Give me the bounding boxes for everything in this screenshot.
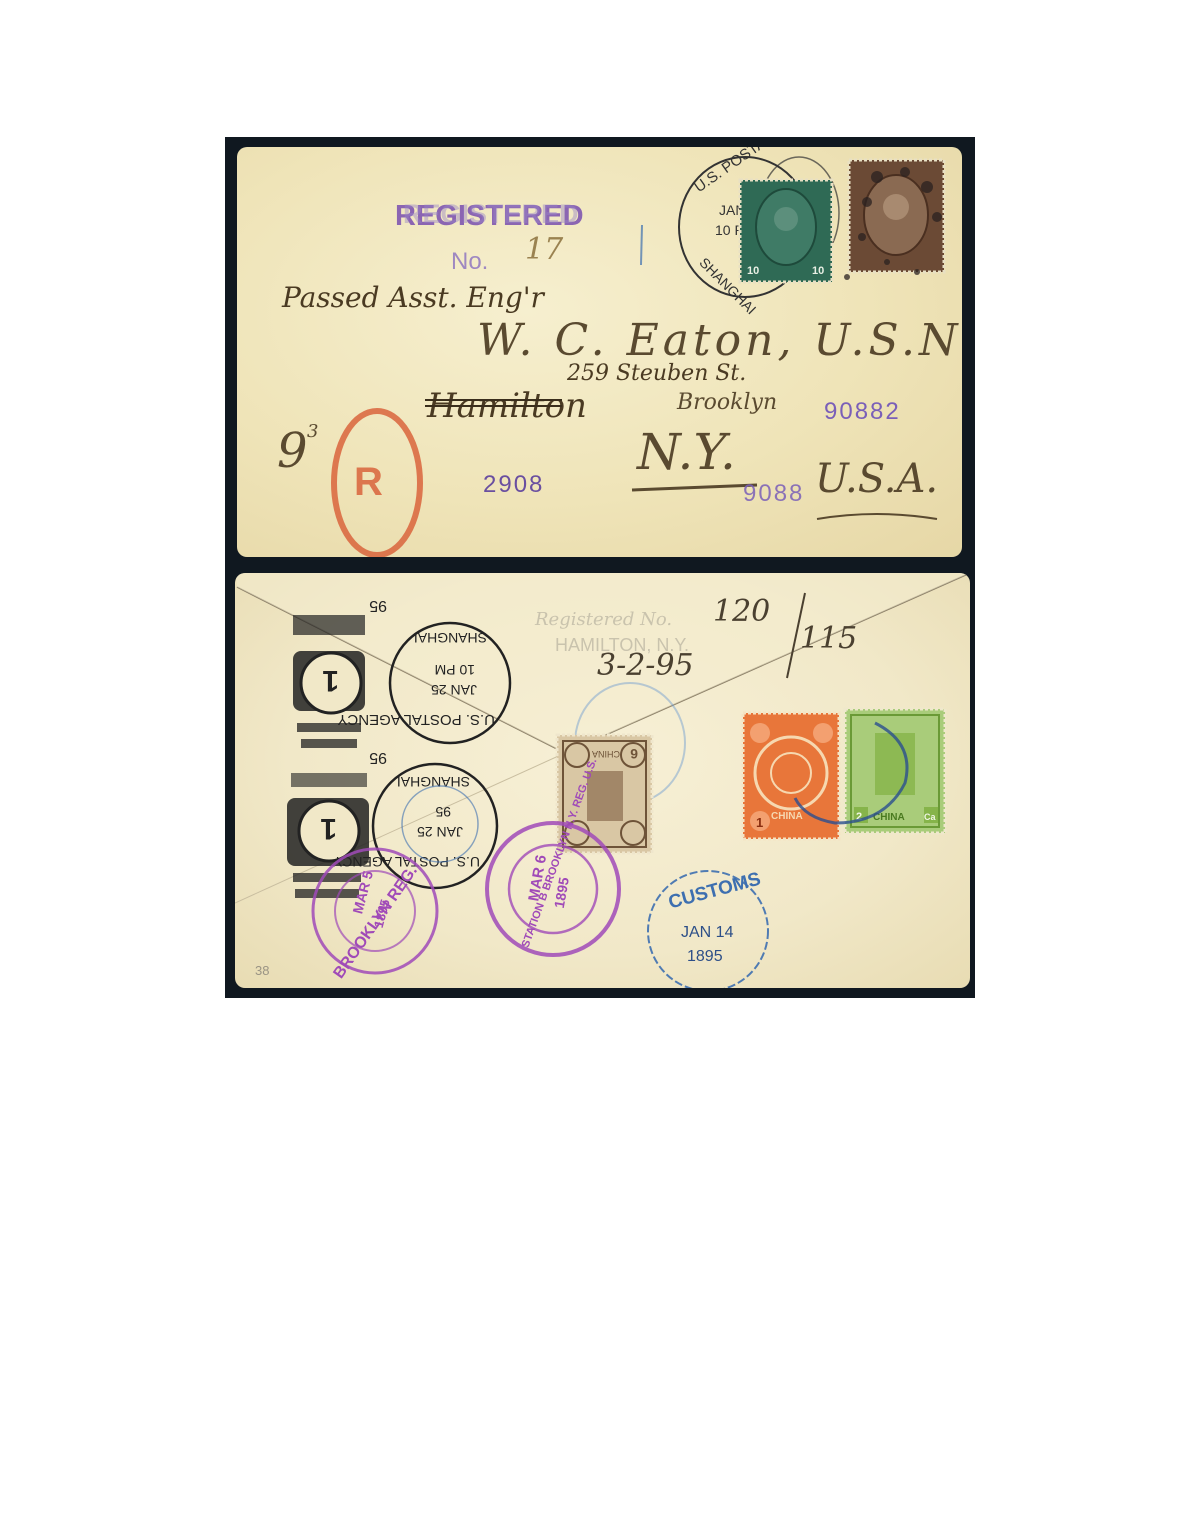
customs-postmark-text: CUSTOMS [666, 869, 763, 914]
registered-handstamp-ghost: REGISTERED [403, 199, 579, 229]
stamp-2ca-unit: Ca [924, 812, 936, 822]
envelope-back-markings: Registered No. HAMILTON, N.Y. 120 115 3-… [235, 573, 970, 988]
cover-scan-frame: U.S. POSTAL AGENCY SHANGHAI JAN 10 PM 10… [225, 137, 975, 998]
registration-r-oval: R [334, 411, 420, 555]
faint-return-address-line1: Registered No. [534, 609, 672, 630]
registration-number-label: No. [451, 248, 488, 275]
address-street: 259 Steuben St. [566, 361, 746, 386]
addressee-title: Passed Asst. Eng'r [281, 281, 546, 314]
docket-date: 3-2-95 [597, 648, 694, 683]
customs-postmark-year: 1895 [687, 948, 723, 965]
stamp-6ca-denomination: 6 [630, 746, 638, 762]
address-state: N.Y. [636, 423, 736, 481]
crossed-out-city: Hamilton [425, 386, 587, 426]
us-stamp-5c [844, 160, 944, 280]
reg-number-90882: 90882 [824, 398, 901, 425]
addressee-name: W. C. Eaton, U.S.N. [477, 315, 962, 366]
transit-mark-2-year: 95 [369, 749, 387, 766]
envelope-back: Registered No. HAMILTON, N.Y. 120 115 3-… [235, 573, 970, 988]
docket-fraction-bottom: 115 [800, 621, 857, 656]
reg-number-9088: 9088 [743, 480, 804, 507]
transit-mark-2-numeral: 1 [320, 812, 337, 845]
postmark-1-date: JAN 25 [431, 682, 477, 698]
envelope-front-markings: U.S. POSTAL AGENCY SHANGHAI JAN 10 PM 10… [237, 147, 962, 557]
brooklyn-postmark-year: 1895 [371, 898, 393, 930]
transit-mark-1-year: 95 [369, 597, 387, 614]
stamp-denomination-left: 10 [747, 265, 759, 277]
customs-postmark: CUSTOMS JAN 14 1895 [648, 869, 768, 988]
stamp-denomination-right: 10 [812, 265, 824, 277]
address-country: U.S.A. [815, 456, 938, 502]
docket-fraction-top: 120 [713, 594, 770, 629]
postmark-2-bottom: SHANGHAI [397, 774, 470, 790]
postmark-1-top: U.S. POSTAL AGENCY [337, 711, 495, 728]
postmark-2-date: JAN 25 [417, 824, 463, 840]
registration-number: 17 [525, 232, 564, 267]
postmark-1-bottom: SHANGHAI [414, 630, 487, 646]
transit-mark-1-numeral: 1 [322, 664, 339, 697]
stamp-1ca-label: CHINA [771, 811, 803, 822]
address-city: Brooklyn [676, 390, 777, 415]
pencil-note: 38 [255, 963, 269, 978]
stamp-1ca-denomination: 1 [756, 815, 763, 830]
customs-postmark-date: JAN 14 [681, 924, 734, 941]
postmark-1-time: 10 PM [435, 662, 475, 678]
stamp-6ca-label: CHINA [592, 749, 620, 759]
registration-r-letter: R [354, 460, 383, 504]
postmark-2-year: 95 [435, 804, 451, 820]
us-stamp-10c: 10 10 [740, 180, 832, 282]
rate-marking: 9 [277, 423, 308, 479]
rate-marking-superscript: 3 [307, 421, 318, 442]
envelope-front: U.S. POSTAL AGENCY SHANGHAI JAN 10 PM 10… [237, 147, 962, 557]
reg-number-2908: 2908 [483, 471, 544, 498]
china-stamp-2ca: 2 Ca CHINA [845, 709, 945, 833]
